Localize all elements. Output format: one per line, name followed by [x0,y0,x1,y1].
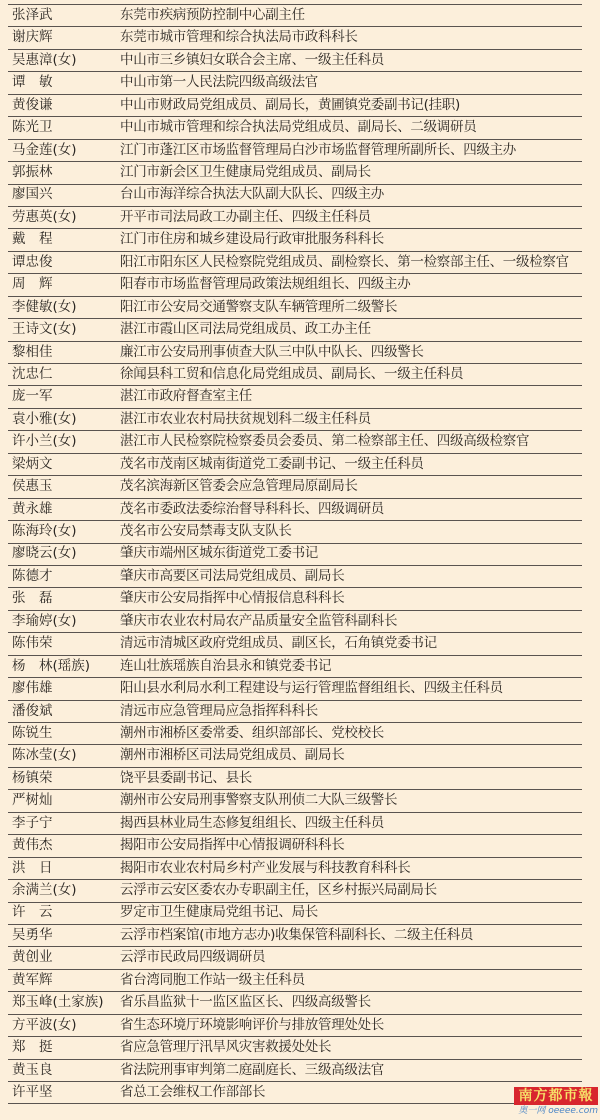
person-name: 吴惠漳(女) [8,54,120,68]
table-row: 周 辉阳春市市场监督管理局政策法规组组长、四级主办 [8,274,582,296]
person-position: 台山市海洋综合执法大队副大队长、四级主办 [120,188,582,202]
table-row: 黄创业云浮市民政局四级调研员 [8,947,582,969]
table-row: 潘俊斌清远市应急管理局应急指挥科科长 [8,701,582,723]
person-position: 茂名市公安局禁毒支队支队长 [120,525,582,539]
table-row: 郑玉峰(土家族)省乐昌监狱十一监区监区长、四级高级警长 [8,992,582,1014]
person-position: 省乐昌监狱十一监区监区长、四级高级警长 [120,996,582,1010]
table-row: 陈海玲(女)茂名市公安局禁毒支队支队长 [8,521,582,543]
table-row: 方平波(女)省生态环境厅环境影响评价与排放管理处处长 [8,1015,582,1037]
person-position: 揭西县林业局生态修复组组长、四级主任科员 [120,817,582,831]
person-name: 谢庆辉 [8,31,120,45]
person-position: 阳山县水利局水利工程建设与运行管理监督组组长、四级主任科员 [120,682,582,696]
table-row: 劳惠英(女)开平市司法局政工办副主任、四级主任科员 [8,207,582,229]
person-name: 余满兰(女) [8,884,120,898]
person-position: 揭阳市农业农村局乡村产业发展与科技教育科科长 [120,862,582,876]
table-row: 廖晓云(女)肇庆市端州区城东街道党工委书记 [8,544,582,566]
table-row: 李健敏(女)阳江市公安局交通警察支队车辆管理所二级警长 [8,297,582,319]
person-position: 潮州市湘桥区委常委、组织部部长、党校校长 [120,727,582,741]
person-name: 戴 程 [8,233,120,247]
brand-logo: 南方都市報 [514,1087,598,1105]
person-name: 潘俊斌 [8,705,120,719]
person-name: 吴勇华 [8,929,120,943]
person-name: 王诗文(女) [8,323,120,337]
person-name: 陈锐生 [8,727,120,741]
table-row: 许平坚省总工会维权工作部部长 [8,1082,582,1104]
person-position: 潮州市公安局刑事警察支队刑侦二大队三级警长 [120,794,582,808]
newspaper-watermark: 南方都市報 奥一网 oeeee.com [514,1087,598,1117]
person-name: 李健敏(女) [8,301,120,315]
person-position: 廉江市公安局刑事侦查大队三中队中队长、四级警长 [120,346,582,360]
person-position: 省总工会维权工作部部长 [120,1086,582,1100]
person-position: 省台湾同胞工作站一级主任科员 [120,974,582,988]
person-position: 开平市司法局政工办副主任、四级主任科员 [120,211,582,225]
table-row: 吴惠漳(女)中山市三乡镇妇女联合会主席、一级主任科员 [8,50,582,72]
person-name: 郭振林 [8,166,120,180]
site-logo: 奥一网 oeeee.com [514,1105,598,1117]
person-position: 饶平县委副书记、县长 [120,772,582,786]
person-name: 许平坚 [8,1086,120,1100]
person-name: 梁炳文 [8,458,120,472]
person-name: 洪 日 [8,862,120,876]
person-name: 黄伟杰 [8,839,120,853]
person-position: 连山壮族瑶族自治县永和镇党委书记 [120,660,582,674]
person-position: 云浮市档案馆(市地方志办)收集保管科副科长、二级主任科员 [120,929,582,943]
table-row: 严树灿潮州市公安局刑事警察支队刑侦二大队三级警长 [8,790,582,812]
person-position: 揭阳市公安局指挥中心情报调研科科长 [120,839,582,853]
person-position: 阳春市市场监督管理局政策法规组组长、四级主办 [120,278,582,292]
table-row: 许 云罗定市卫生健康局党组书记、局长 [8,903,582,925]
table-row: 陈伟荣清远市清城区政府党组成员、副区长，石角镇党委书记 [8,633,582,655]
person-name: 周 辉 [8,278,120,292]
roster-table: 张泽武东莞市疾病预防控制中心副主任谢庆辉东莞市城市管理和综合执法局市政科科长吴惠… [8,4,582,1104]
person-name: 廖国兴 [8,188,120,202]
person-name: 张泽武 [8,9,120,23]
table-row: 廖国兴台山市海洋综合执法大队副大队长、四级主办 [8,185,582,207]
person-position: 中山市城市管理和综合执法局党组成员、副局长、二级调研员 [120,121,582,135]
table-row: 王诗文(女)湛江市霞山区司法局党组成员、政工办主任 [8,319,582,341]
person-name: 黄永雄 [8,503,120,517]
person-position: 省应急管理厅汛旱风灾害救援处处长 [120,1041,582,1055]
person-name: 张 磊 [8,592,120,606]
table-row: 李子宁揭西县林业局生态修复组组长、四级主任科员 [8,813,582,835]
person-position: 湛江市霞山区司法局党组成员、政工办主任 [120,323,582,337]
table-row: 庞一军湛江市政府督查室主任 [8,386,582,408]
person-name: 劳惠英(女) [8,211,120,225]
person-name: 方平波(女) [8,1019,120,1033]
person-position: 肇庆市公安局指挥中心情报信息科科长 [120,592,582,606]
table-row: 马金莲(女)江门市蓬江区市场监督管理局白沙市场监督管理所副所长、四级主办 [8,140,582,162]
person-position: 肇庆市农业农村局农产品质量安全监管科副科长 [120,615,582,629]
person-name: 杨 林(瑶族) [8,660,120,674]
person-position: 茂名市委政法委综治督导科科长、四级调研员 [120,503,582,517]
person-position: 中山市三乡镇妇女联合会主席、一级主任科员 [120,54,582,68]
table-row: 戴 程江门市住房和城乡建设局行政审批服务科科长 [8,229,582,251]
table-row: 侯惠玉茂名滨海新区管委会应急管理局原副局长 [8,476,582,498]
table-row: 黄永雄茂名市委政法委综治督导科科长、四级调研员 [8,499,582,521]
person-position: 阳江市公安局交通警察支队车辆管理所二级警长 [120,301,582,315]
person-name: 黄创业 [8,951,120,965]
person-position: 阳江市阳东区人民检察院党组成员、副检察长、第一检察部主任、一级检察官 [120,256,582,270]
person-position: 湛江市政府督查室主任 [120,390,582,404]
table-row: 谭忠俊阳江市阳东区人民检察院党组成员、副检察长、第一检察部主任、一级检察官 [8,252,582,274]
person-name: 陈海玲(女) [8,525,120,539]
person-name: 杨镇荣 [8,772,120,786]
table-row: 沈忠仁徐闻县科工贸和信息化局党组成员、副局长、一级主任科员 [8,364,582,386]
person-position: 江门市新会区卫生健康局党组成员、副局长 [120,166,582,180]
person-name: 袁小雅(女) [8,413,120,427]
table-row: 黄伟杰揭阳市公安局指挥中心情报调研科科长 [8,835,582,857]
table-row: 张 磊肇庆市公安局指挥中心情报信息科科长 [8,588,582,610]
table-row: 郑 挺省应急管理厅汛旱风灾害救援处处长 [8,1037,582,1059]
person-name: 郑玉峰(土家族) [8,996,120,1010]
person-name: 许 云 [8,906,120,920]
table-row: 廖伟雄阳山县水利局水利工程建设与运行管理监督组组长、四级主任科员 [8,678,582,700]
table-row: 洪 日揭阳市农业农村局乡村产业发展与科技教育科科长 [8,858,582,880]
table-row: 张泽武东莞市疾病预防控制中心副主任 [8,5,582,27]
person-name: 陈德才 [8,570,120,584]
table-row: 梁炳文茂名市茂南区城南街道党工委副书记、一级主任科员 [8,454,582,476]
person-name: 庞一军 [8,390,120,404]
person-name: 廖晓云(女) [8,547,120,561]
person-name: 郑 挺 [8,1041,120,1055]
person-position: 茂名滨海新区管委会应急管理局原副局长 [120,480,582,494]
person-position: 清远市清城区政府党组成员、副区长，石角镇党委书记 [120,637,582,651]
person-position: 东莞市城市管理和综合执法局市政科科长 [120,31,582,45]
table-row: 吴勇华云浮市档案馆(市地方志办)收集保管科副科长、二级主任科员 [8,925,582,947]
person-name: 黄军辉 [8,974,120,988]
person-name: 黄俊谦 [8,99,120,113]
table-row: 李瑜婷(女)肇庆市农业农村局农产品质量安全监管科副科长 [8,611,582,633]
person-name: 沈忠仁 [8,368,120,382]
table-row: 黄俊谦中山市财政局党组成员、副局长，黄圃镇党委副书记(挂职) [8,95,582,117]
person-position: 江门市蓬江区市场监督管理局白沙市场监督管理所副所长、四级主办 [120,144,582,158]
person-name: 陈光卫 [8,121,120,135]
person-name: 李瑜婷(女) [8,615,120,629]
person-name: 李子宁 [8,817,120,831]
person-position: 潮州市湘桥区司法局党组成员、副局长 [120,749,582,763]
table-row: 杨 林(瑶族)连山壮族瑶族自治县永和镇党委书记 [8,656,582,678]
table-row: 袁小雅(女)湛江市农业农村局扶贫规划科二级主任科员 [8,409,582,431]
table-row: 陈锐生潮州市湘桥区委常委、组织部部长、党校校长 [8,723,582,745]
person-name: 陈冰莹(女) [8,749,120,763]
person-position: 云浮市云安区委农办专职副主任，区乡村振兴局副局长 [120,884,582,898]
table-row: 许小兰(女)湛江市人民检察院检察委员会委员、第二检察部主任、四级高级检察官 [8,431,582,453]
person-position: 中山市财政局党组成员、副局长，黄圃镇党委副书记(挂职) [120,99,582,113]
person-position: 湛江市人民检察院检察委员会委员、第二检察部主任、四级高级检察官 [120,435,582,449]
person-name: 陈伟荣 [8,637,120,651]
person-position: 茂名市茂南区城南街道党工委副书记、一级主任科员 [120,458,582,472]
person-position: 罗定市卫生健康局党组书记、局长 [120,906,582,920]
table-row: 陈光卫中山市城市管理和综合执法局党组成员、副局长、二级调研员 [8,117,582,139]
table-row: 黄军辉省台湾同胞工作站一级主任科员 [8,970,582,992]
table-row: 余满兰(女)云浮市云安区委农办专职副主任，区乡村振兴局副局长 [8,880,582,902]
person-position: 省生态环境厅环境影响评价与排放管理处处长 [120,1019,582,1033]
person-position: 湛江市农业农村局扶贫规划科二级主任科员 [120,413,582,427]
person-name: 马金莲(女) [8,144,120,158]
person-position: 清远市应急管理局应急指挥科科长 [120,705,582,719]
table-row: 黄玉良省法院刑事审判第二庭副庭长、三级高级法官 [8,1060,582,1082]
person-name: 谭忠俊 [8,256,120,270]
person-name: 严树灿 [8,794,120,808]
person-position: 云浮市民政局四级调研员 [120,951,582,965]
table-row: 谢庆辉东莞市城市管理和综合执法局市政科科长 [8,27,582,49]
person-position: 中山市第一人民法院四级高级法官 [120,76,582,90]
table-row: 陈冰莹(女)潮州市湘桥区司法局党组成员、副局长 [8,745,582,767]
person-name: 侯惠玉 [8,480,120,494]
person-name: 廖伟雄 [8,682,120,696]
table-row: 黎相佳廉江市公安局刑事侦查大队三中队中队长、四级警长 [8,342,582,364]
person-name: 谭 敏 [8,76,120,90]
table-row: 郭振林江门市新会区卫生健康局党组成员、副局长 [8,162,582,184]
person-position: 江门市住房和城乡建设局行政审批服务科科长 [120,233,582,247]
person-position: 肇庆市端州区城东街道党工委书记 [120,547,582,561]
person-name: 黄玉良 [8,1064,120,1078]
table-row: 谭 敏中山市第一人民法院四级高级法官 [8,72,582,94]
person-position: 省法院刑事审判第二庭副庭长、三级高级法官 [120,1064,582,1078]
person-name: 许小兰(女) [8,435,120,449]
person-name: 黎相佳 [8,346,120,360]
table-row: 杨镇荣饶平县委副书记、县长 [8,768,582,790]
person-position: 东莞市疾病预防控制中心副主任 [120,9,582,23]
person-position: 肇庆市高要区司法局党组成员、副局长 [120,570,582,584]
table-row: 陈德才肇庆市高要区司法局党组成员、副局长 [8,566,582,588]
person-position: 徐闻县科工贸和信息化局党组成员、副局长、一级主任科员 [120,368,582,382]
